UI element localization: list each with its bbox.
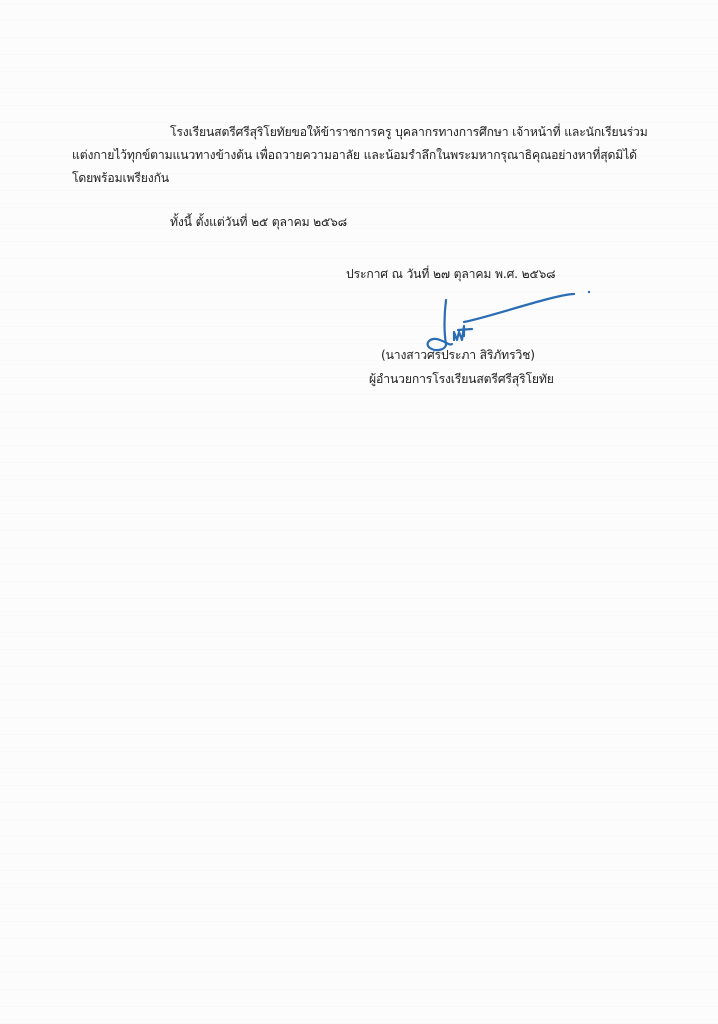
announcement-date: ประกาศ ณ วันที่ ๒๗ ตุลาคม พ.ศ. ๒๕๖๘ <box>346 266 555 282</box>
body-paragraph-line-2: แต่งกายไว้ทุกข์ตามแนวทางข้างต้น เพื่อถวา… <box>72 147 637 163</box>
signatory-name: (นางสาวศรประภา สิริภัทรวิช) <box>381 347 535 363</box>
effective-date: ทั้งนี้ ตั้งแต่วันที่ ๒๕ ตุลาคม ๒๕๖๘ <box>170 214 347 230</box>
body-paragraph-line-1: โรงเรียนสตรีศรีสุริโยทัยขอให้ข้าราชการคร… <box>170 124 648 140</box>
document-page: โรงเรียนสตรีศรีสุริโยทัยขอให้ข้าราชการคร… <box>0 0 718 1024</box>
body-paragraph-line-3: โดยพร้อมเพรียงกัน <box>72 170 169 186</box>
signatory-position: ผู้อำนวยการโรงเรียนสตรีศรีสุริโยทัย <box>369 371 554 387</box>
